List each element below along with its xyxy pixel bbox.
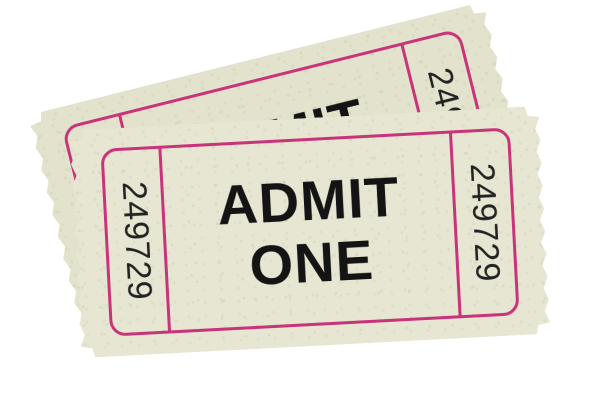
ticket-caption: ADMIT ONE — [161, 134, 458, 331]
ticket-front: 249729 249729 ADMIT ONE — [69, 106, 550, 358]
admit-text: ADMIT — [216, 165, 401, 236]
serial-number-right: 249729 — [461, 162, 506, 283]
one-text: ONE — [248, 229, 375, 297]
serial-number-left: 249729 — [114, 180, 159, 301]
ticket-border: 249729 249729 ADMIT ONE — [100, 127, 519, 336]
